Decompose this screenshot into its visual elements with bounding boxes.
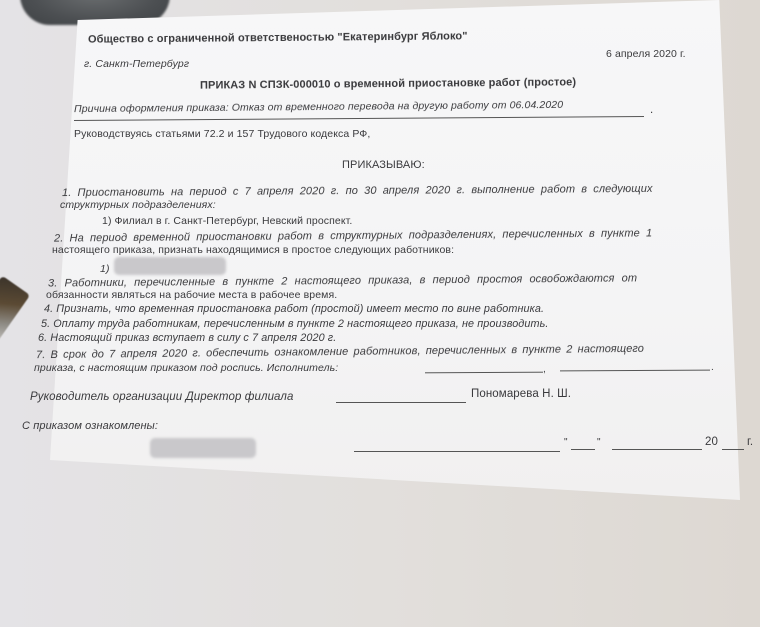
order-word: ПРИКАЗЫВАЮ: — [342, 159, 425, 171]
item-2-sub: 1) — [100, 263, 110, 275]
ack-year-line — [722, 449, 744, 450]
document-date: 6 апреля 2020 г. — [606, 48, 686, 60]
order-reason: Причина оформления приказа: Отказ от вре… — [74, 99, 563, 115]
signature-line — [336, 402, 466, 403]
order-reason-end: . — [650, 104, 653, 116]
reason-underline — [74, 116, 644, 121]
item-5: 5. Оплату труда работникам, перечисленны… — [41, 318, 548, 330]
executor-blank-end: . — [711, 362, 714, 373]
item-2-line-2: настоящего приказа, признать находящимис… — [52, 244, 454, 256]
executor-blank-sep: , — [543, 364, 546, 375]
item-6: 6. Настоящий приказ вступает в силу с 7 … — [38, 332, 336, 344]
document-content: Общество с ограниченной ответственостью … — [0, 0, 760, 627]
executor-blank-1 — [425, 372, 543, 374]
signature-name: Пономарева Н. Ш. — [471, 388, 571, 400]
signature-label: Руководитель организации Директор филиал… — [30, 391, 294, 403]
ack-year: 20 — [705, 436, 718, 448]
ack-quote-open: " — [564, 437, 568, 448]
item-3-line-1: 3. Работники, перечисленные в пункте 2 н… — [48, 272, 637, 289]
ack-day-line — [571, 449, 595, 450]
redacted-acknowledged-name — [150, 438, 256, 458]
acknowledged-label: С приказом ознакомлены: — [22, 420, 158, 432]
item-3-line-2: обязанности являться на рабочие места в … — [46, 289, 337, 301]
ack-quote-close: " — [597, 437, 601, 448]
item-4: 4. Признать, что временная приостановка … — [44, 303, 544, 315]
ack-signature-line — [354, 451, 560, 452]
document-city: г. Санкт-Петербург — [84, 58, 189, 70]
item-7-line-2: приказа, с настоящим приказом под роспис… — [34, 362, 338, 374]
item-1-line-2: структурных подразделениях: — [60, 199, 216, 211]
item-7-line-1: 7. В срок до 7 апреля 2020 г. обеспечить… — [36, 343, 644, 361]
legal-basis: Руководствуясь статьями 72.2 и 157 Трудо… — [74, 128, 370, 140]
item-1-line-1: 1. Приостановить на период с 7 апреля 20… — [62, 183, 653, 199]
item-1-sub: 1) Филиал в г. Санкт-Петербург, Невский … — [102, 215, 352, 227]
document-title: ПРИКАЗ N СПЗК-000010 о временной приоста… — [200, 76, 576, 91]
organization-name: Общество с ограниченной ответственостью … — [88, 30, 468, 45]
item-2-line-1: 2. На период временной приостановки рабо… — [54, 227, 652, 244]
ack-month-line — [612, 449, 702, 450]
ack-year-suffix: г. — [747, 436, 753, 448]
executor-blank-2 — [560, 370, 710, 372]
redacted-employee-name — [114, 257, 226, 275]
